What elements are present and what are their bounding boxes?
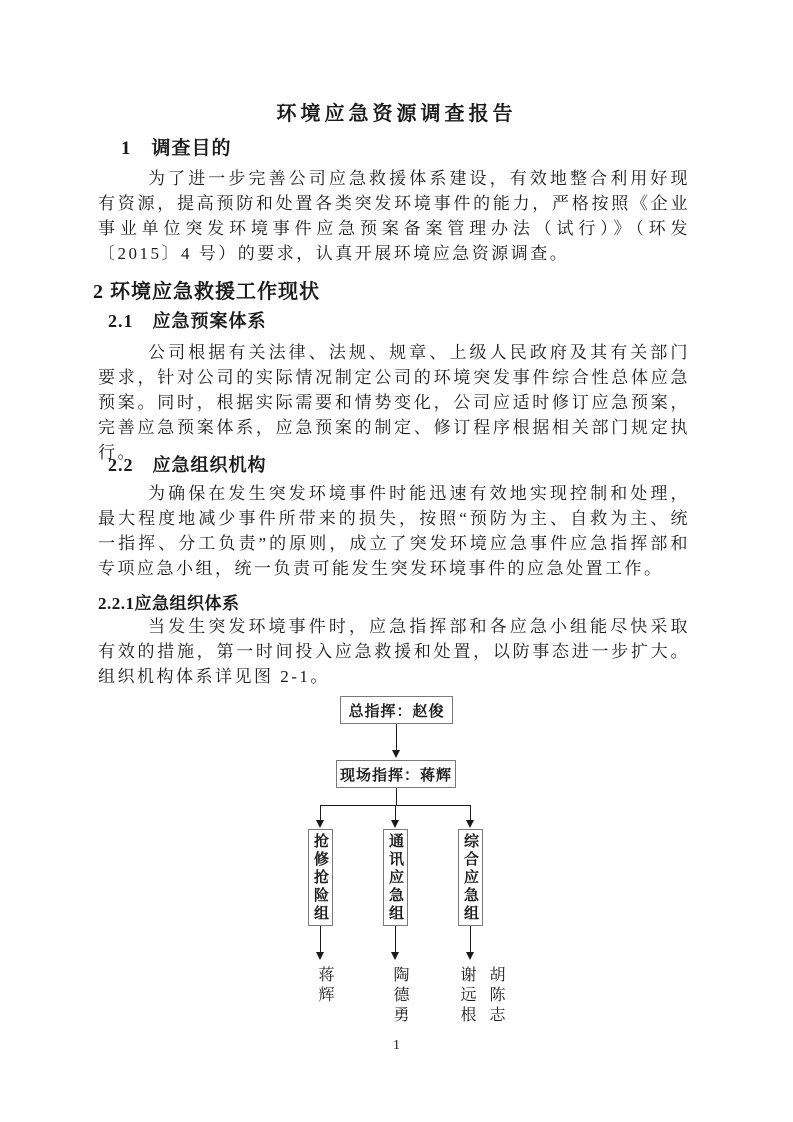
member-name: 谢远根 (455, 966, 478, 1026)
org-chart-box-comprehensive-group: 综合应急组 (458, 829, 483, 926)
org-chart-box-site-commander: 现场指挥：蒋辉 (336, 760, 456, 788)
org-chart-figure: 总指挥：赵俊 现场指挥：蒋辉 抢修抢险组 通讯应急组 综合应急组 (0, 690, 793, 1030)
document-title: 环境应急资源调查报告 (0, 97, 793, 126)
arrow-down-icon (316, 952, 324, 960)
paragraph-organization: 为确保在发生突发环境事件时能迅速有效地实现控制和处理，最大程度地减少事件所带来的… (98, 481, 690, 581)
site-commander-label: 现场指挥：蒋辉 (340, 764, 452, 785)
arrow-down-icon (391, 820, 399, 828)
page-number: 1 (0, 1038, 793, 1054)
paragraph-plan-system: 公司根据有关法律、法规、规章、上级人民政府及其有关部门要求，针对公司的实际情况制… (98, 340, 690, 465)
comprehensive-group-label: 综合应急组 (460, 833, 481, 923)
commander-label: 总指挥：赵俊 (348, 700, 444, 721)
repair-rescue-group-label: 抢修抢险组 (310, 833, 331, 923)
org-chart-box-repair-rescue-group: 抢修抢险组 (308, 829, 333, 926)
connector-line (396, 788, 397, 805)
org-chart-box-communication-group: 通讯应急组 (383, 829, 408, 926)
connector-line (395, 926, 396, 952)
connector-line (396, 724, 397, 750)
arrow-down-icon (391, 952, 399, 960)
heading-2-emergency-rescue-status: 2 环境应急救援工作现状 (93, 275, 320, 304)
heading-2-2-organization: 2.2 应急组织机构 (108, 451, 267, 477)
connector-line (470, 926, 471, 952)
paragraph-org-system: 当发生突发环境事件时，应急指挥部和各应急小组能尽快采取有效的措施，第一时间投入应… (98, 614, 690, 689)
connector-line (395, 805, 396, 820)
org-chart-box-commander: 总指挥：赵俊 (340, 696, 453, 724)
connector-line (470, 805, 471, 820)
arrow-down-icon (316, 820, 324, 828)
member-name: 陶德勇 (388, 966, 411, 1026)
document-page: 环境应急资源调查报告 1 调查目的 为了进一步完善公司应急救援体系建设，有效地整… (0, 0, 793, 1122)
heading-2-2-1-org-system: 2.2.1应急组织体系 (98, 589, 240, 614)
arrow-down-icon (392, 750, 400, 758)
member-name: 蒋辉 (313, 966, 336, 1006)
connector-line (320, 926, 321, 952)
communication-group-label: 通讯应急组 (385, 833, 406, 923)
arrow-down-icon (466, 820, 474, 828)
paragraph-survey-purpose: 为了进一步完善公司应急救援体系建设，有效地整合利用好现有资源，提高预防和处置各类… (98, 166, 690, 266)
heading-1-survey-purpose: 1 调查目的 (121, 133, 232, 160)
arrow-down-icon (466, 952, 474, 960)
member-name: 胡陈志 (484, 966, 507, 1026)
heading-2-1-plan-system: 2.1 应急预案体系 (108, 307, 267, 333)
connector-line (320, 805, 321, 820)
member-name-pair: 谢远根 胡陈志 (455, 966, 507, 1026)
